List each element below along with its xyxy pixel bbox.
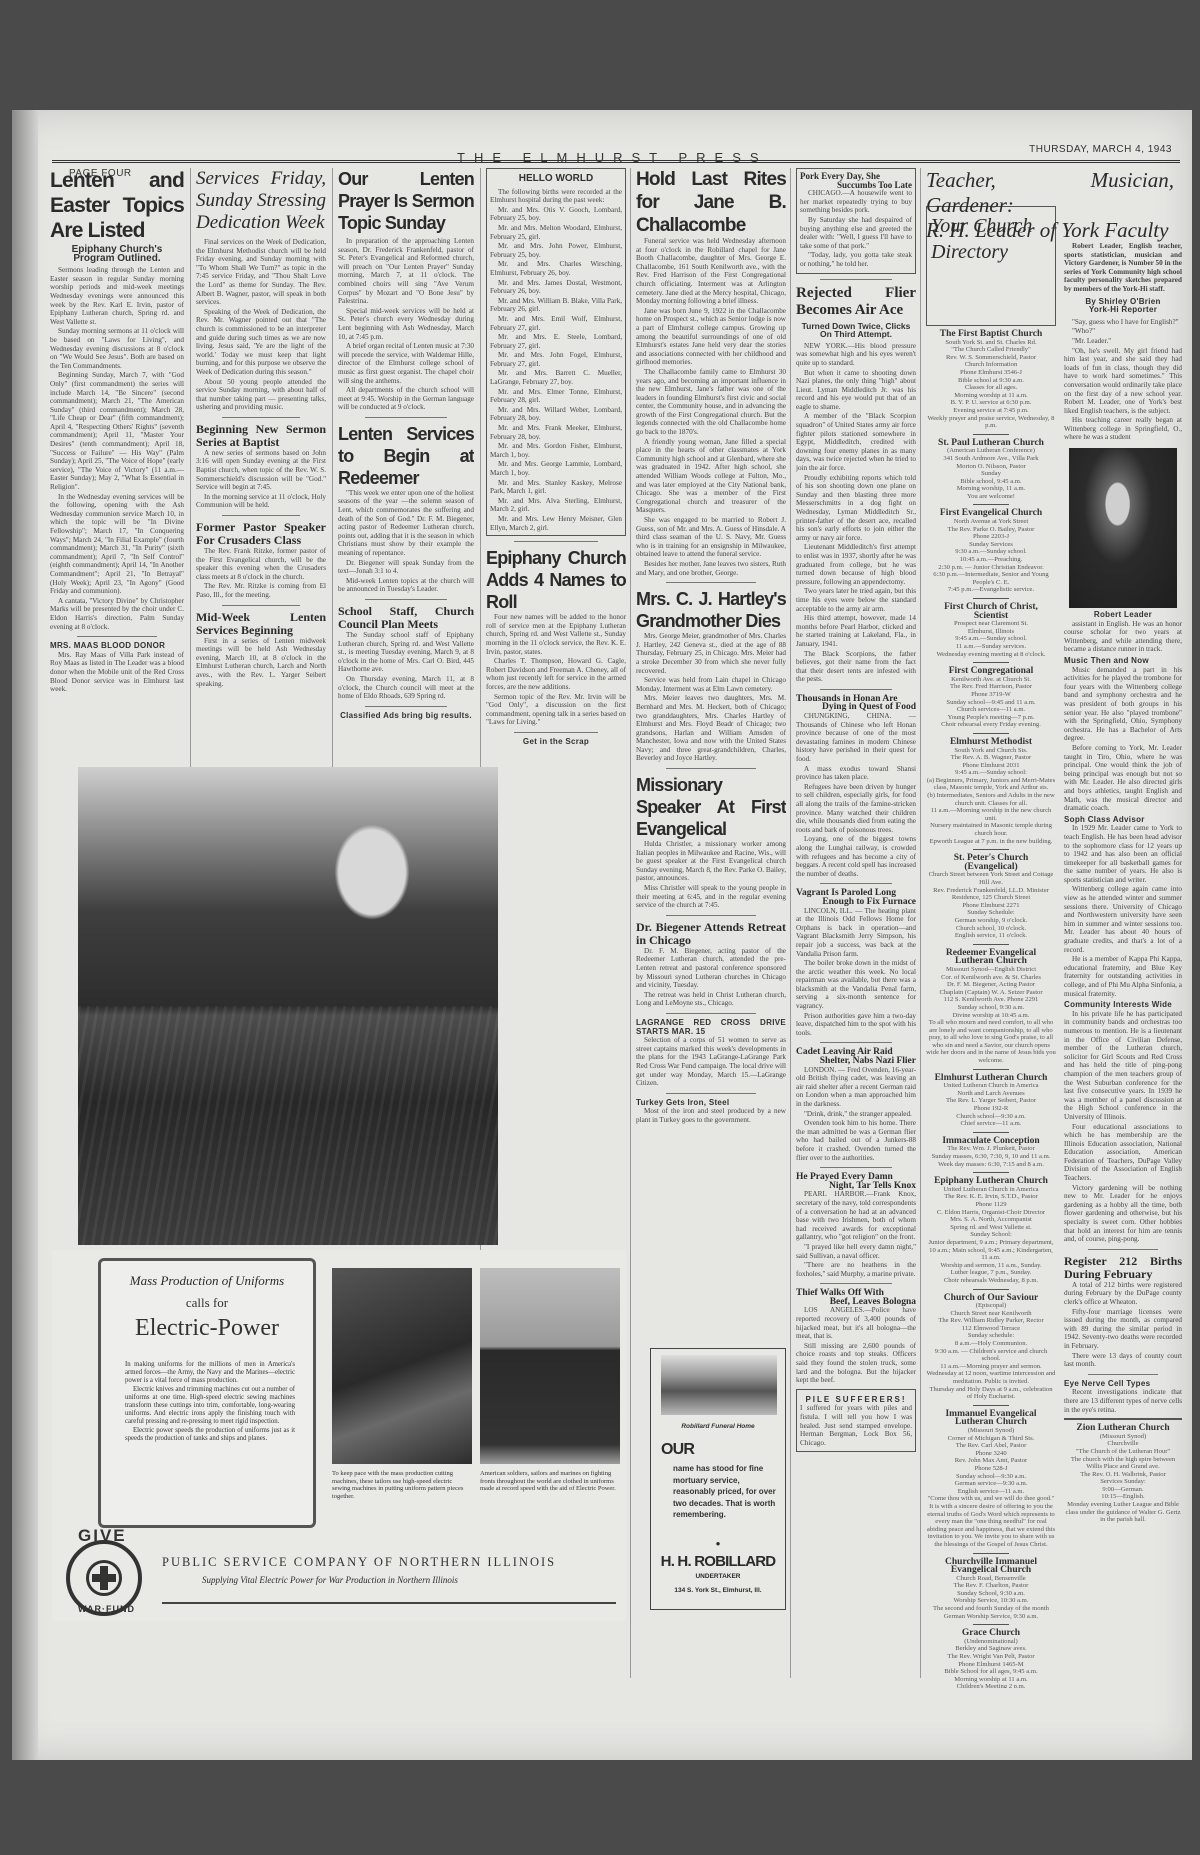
church-list: The First Baptist ChurchSouth York St. a… bbox=[926, 330, 1056, 1688]
headline-cadet-line2: Shelter, Nabs Nazi Flier bbox=[796, 1057, 916, 1066]
church-detail-line: Services Sunday: bbox=[1064, 1478, 1182, 1486]
headline-thief-line2: Beef, Leaves Bologna bbox=[796, 1298, 916, 1307]
church-detail-line: Morning worship at 11 a.m. bbox=[926, 1676, 1056, 1684]
church-detail-line: Phone Elmhurst 3546-J bbox=[926, 369, 1056, 377]
church-detail-line: The second and fourth Sunday of the mont… bbox=[926, 1605, 1056, 1620]
church-detail-line: Phone Elmhurst 2271 bbox=[926, 902, 1056, 910]
column-lenten-prayer: Our Lenten Prayer Is Sermon Topic Sunday… bbox=[338, 168, 474, 720]
soldiers-sailors-photo bbox=[480, 1268, 620, 1464]
church-detail-line: The Rev. A. B. Wagner, Pastor bbox=[926, 754, 1056, 762]
article-paragraph: Four new names will be added to the hono… bbox=[486, 613, 626, 656]
church-detail-line: Divine worship at 10:45 a.m. bbox=[926, 1012, 1056, 1020]
soldiers-photo-caption: American soldiers, sailors and marines o… bbox=[480, 1470, 620, 1493]
column-divider bbox=[920, 168, 921, 1678]
column-divider bbox=[630, 168, 631, 1678]
article-paragraph: "Today, lady, you gotta take steak or no… bbox=[800, 251, 912, 268]
parade-photo bbox=[78, 767, 498, 1245]
article-paragraph: Wittenberg college again came into view … bbox=[1064, 885, 1182, 954]
church-name: The First Baptist Church bbox=[926, 330, 1056, 339]
headline-hartley-grandmother: Mrs. C. J. Hartley's Grandmother Dies bbox=[636, 588, 786, 632]
church-name: Immaculate Conception bbox=[926, 1137, 1056, 1146]
church-detail-line: Week day masses: 6:30, 7:15 and 8 a.m. bbox=[926, 1161, 1056, 1169]
church-detail-line: "The Church of the Lutheran Hour" bbox=[1064, 1448, 1182, 1456]
birth-entry: Mr. and Mrs. Emil Wolf, Elmhurst, Februa… bbox=[490, 315, 622, 332]
separator bbox=[973, 1624, 1009, 1625]
headline-rejected-flier: Rejected Flier Becomes Air Ace bbox=[796, 285, 916, 319]
subhead-turned-down-twice: Turned Down Twice, Clicks On Third Attem… bbox=[796, 322, 916, 339]
separator bbox=[973, 944, 1009, 945]
bullet-dot: ● bbox=[651, 1539, 785, 1548]
separator bbox=[222, 515, 300, 516]
birth-entry: Mr. and Mrs. Alva Sterling, Elmhurst, Ma… bbox=[490, 497, 622, 514]
newspaper-page: PAGE FOUR THE ELMHURST PRESS THURSDAY, M… bbox=[12, 110, 1192, 1760]
headline-mid-week-lenten: Mid-Week Lenten Services Beginning bbox=[196, 611, 326, 637]
church-detail-line: Kenilworth Ave. at Church St. bbox=[926, 676, 1056, 684]
article-paragraph: LONDON. — Fred Ovenden, 16-year-old Brit… bbox=[796, 1066, 916, 1109]
ad-tagline: Supplying Vital Electric Power for War P… bbox=[202, 1575, 458, 1585]
church-detail-line: 11 a.m.—Morning worship in the new churc… bbox=[926, 807, 1056, 822]
church-detail-line: Chief service—11 a.m. bbox=[926, 1120, 1056, 1128]
church-detail-line: Church Street near Kenilworth bbox=[926, 1310, 1056, 1318]
column-divider bbox=[332, 168, 333, 778]
separator bbox=[973, 1405, 1009, 1406]
article-paragraph: Mrs. Meier leaves two daughters, Mrs. M.… bbox=[636, 694, 786, 763]
church-name: Elmhurst Methodist bbox=[926, 738, 1056, 747]
headline-turkey-iron-steel: Turkey Gets Iron, Steel bbox=[636, 1099, 786, 1108]
church-detail-line: 11 a.m.—Morning prayer and sermon. bbox=[926, 1363, 1056, 1371]
article-paragraph: There were 13 days of county court last … bbox=[1064, 1352, 1182, 1369]
church-name: First Church of Christ, Scientist bbox=[926, 603, 1056, 620]
article-paragraph: "Who?" bbox=[1064, 327, 1182, 336]
article-paragraph: "Oh, he's swell. My girl friend had him … bbox=[1064, 347, 1182, 416]
robillard-big-word: OUR bbox=[661, 1441, 694, 1459]
church-detail-line: Church services—11 a.m. bbox=[926, 706, 1056, 714]
column-leader-body: Robert Leader, English teacher, sports s… bbox=[1064, 242, 1182, 1524]
separator bbox=[820, 279, 892, 280]
article-paragraph: On Thursday evening, March 11, at 8 o'cl… bbox=[338, 675, 474, 701]
church-detail-line: South York and Church Sts. bbox=[926, 747, 1056, 755]
article-paragraph: Two years later he tried again, but this… bbox=[796, 587, 916, 613]
church-detail-line: North and Larch Avenues bbox=[926, 1090, 1056, 1098]
separator bbox=[666, 582, 756, 583]
church-detail-line: United Lutheran Church in America bbox=[926, 1186, 1056, 1194]
church-detail-line: Sunday bbox=[926, 470, 1056, 478]
separator bbox=[973, 662, 1009, 663]
ad-company-name: PUBLIC SERVICE COMPANY OF NORTHERN ILLIN… bbox=[162, 1555, 556, 1570]
headline-vagrant-line2: Enough to Fix Furnace bbox=[796, 898, 916, 907]
church-name: St. Peter's Church (Evangelical) bbox=[926, 854, 1056, 871]
births-box: HELLO WORLD The following births were re… bbox=[486, 168, 626, 536]
church-name: Churchville Immanuel Evangelical Church bbox=[926, 1558, 1056, 1575]
church-detail-line: Choir rehearsal every Friday evening. bbox=[926, 721, 1056, 729]
birth-entry: Mr. and Mrs. John Power, Elmhurst, Febru… bbox=[490, 242, 622, 259]
robillard-text: name has stood for fine mortuary service… bbox=[673, 1463, 777, 1521]
headline-services-friday: Services Friday, Sunday Stressing Dedica… bbox=[196, 168, 326, 234]
birth-entry: Mr. and Mrs. Elmer Tonne, Elmhurst, Febr… bbox=[490, 388, 622, 405]
article-paragraph: The Rev. Frank Ritzke, former pastor of … bbox=[196, 547, 326, 581]
article-paragraph: PEARL HARBOR.—Frank Knox, secretary of t… bbox=[796, 1190, 916, 1242]
headline-prayed-line2: Night, Tar Tells Knox bbox=[796, 1182, 916, 1191]
church-detail-line: 341 South Ardmore Ave., Villa Park bbox=[926, 455, 1056, 463]
article-paragraph: Before coming to York, Mr. Leader taught… bbox=[1064, 744, 1182, 813]
church-detail-line: Prospect near Claremont St. bbox=[926, 620, 1056, 628]
church-detail-line: Classes for all ages. bbox=[926, 384, 1056, 392]
article-paragraph: In 1929 Mr. Leader came to York to teach… bbox=[1064, 824, 1182, 884]
church-detail-line: The Rev. O. H. Walbrink, Pastor bbox=[1064, 1471, 1182, 1479]
headline-challacombe-rites: Hold Last Rites for Jane B. Challacombe bbox=[636, 168, 786, 237]
article-paragraph: About 50 young people attended the servi… bbox=[196, 378, 326, 412]
article-paragraph: Speaking of the Week of Dedication, the … bbox=[196, 308, 326, 377]
headline-leader-line1: Teacher, Musician, Gardener: bbox=[926, 168, 1174, 218]
church-detail-line: Sunday School, 9:30 a.m. bbox=[926, 1590, 1056, 1598]
article-paragraph: Mrs. Ray Maas of Villa Park instead of R… bbox=[50, 651, 184, 694]
church-detail-line: (Missouri Synod) bbox=[1064, 1433, 1182, 1441]
article-paragraph: Fifty-four marriage licenses were issued… bbox=[1064, 1308, 1182, 1351]
separator bbox=[666, 1013, 756, 1014]
birth-entry: Mr. and Mrs. William B. Blake, Villa Par… bbox=[490, 297, 622, 314]
church-detail-line: 6:30 p.m.—Intermediate, Senior and Young… bbox=[926, 571, 1056, 586]
church-detail-line: 2:30 p.m. — Junior Christian Endeavor. bbox=[926, 564, 1056, 572]
subhead-community: Community Interests Wide bbox=[1064, 1001, 1182, 1010]
birth-entry: Mr. and Mrs. Lew Henry Meisner, Glen Ell… bbox=[490, 515, 622, 532]
separator bbox=[973, 733, 1009, 734]
church-name: First Evangelical Church bbox=[926, 509, 1056, 518]
birth-entry: Mr. and Mrs. Melton Woodard, Elmhurst, F… bbox=[490, 224, 622, 241]
church-detail-line: Sunday schedule: bbox=[926, 1332, 1056, 1340]
church-detail-line: "Come thou with us, and we will do thee … bbox=[926, 1495, 1056, 1548]
church-detail-line: (American Lutheran Conference) bbox=[926, 447, 1056, 455]
robert-leader-photo bbox=[1069, 448, 1177, 608]
article-paragraph: Hulda Christler, a missionary worker amo… bbox=[636, 840, 786, 883]
article-paragraph: Mid-week Lenten topics at the church wil… bbox=[338, 577, 474, 594]
separator bbox=[973, 1553, 1009, 1554]
church-detail-line: (a) Beginners, Primary, Juniors and Merr… bbox=[926, 777, 1056, 792]
article-paragraph: A new series of sermons based on John 3:… bbox=[196, 449, 326, 492]
church-detail-line: Sunday Services bbox=[926, 541, 1056, 549]
birth-entry: Mr. and Mrs. Charles Wirsching, Elmhurst… bbox=[490, 260, 622, 277]
column-leader-profile: Teacher, Musician, Gardener: R. H. Leade… bbox=[926, 168, 1174, 243]
church-detail-line: Wednesday at 12 noon, wartime intercessi… bbox=[926, 1370, 1056, 1385]
article-paragraph: The Challacombe family came to Elmhurst … bbox=[636, 368, 786, 437]
birth-entry: Mr. and Mrs. Gordon Fisher, Elmhurst, Ma… bbox=[490, 442, 622, 459]
headline-lenten-redeemer: Lenten Services to Begin at Redeemer bbox=[338, 423, 474, 489]
church-detail-line: (Episcopal) bbox=[926, 1302, 1056, 1310]
separator bbox=[820, 883, 892, 884]
article-paragraph: "Drink, drink," the stranger appealed. bbox=[796, 1110, 916, 1119]
article-paragraph: Proudly exhibiting reports which told of… bbox=[796, 474, 916, 543]
column-lenten-easter: Lenten and Easter Topics Are Listed Epip… bbox=[50, 168, 184, 695]
separator bbox=[365, 706, 447, 707]
church-detail-line: Phone 3719-W bbox=[926, 691, 1056, 699]
article-paragraph: CHUNGKING, CHINA. — Thousands of Chinese… bbox=[796, 712, 916, 764]
birth-entry: Mr. and Mrs. Otis V. Gooch, Lombard, Feb… bbox=[490, 206, 622, 223]
article-paragraph: "Mr. Leader." bbox=[1064, 337, 1182, 346]
birth-entry: Mr. and Mrs. John Fogel, Elmhurst, Febru… bbox=[490, 351, 622, 368]
church-detail-line: The Rev. L. Yarger Seibert, Pastor bbox=[926, 1097, 1056, 1105]
article-paragraph: The Rev. Mr. Ritzke is coming from El Pa… bbox=[196, 582, 326, 599]
classified-pile-sufferers: PILE SUFFERERS! I suffered for years wit… bbox=[796, 1389, 916, 1453]
article-paragraph: He is a member of Kappa Phi Kappa, educa… bbox=[1064, 955, 1182, 998]
church-detail-line: Corner of Michigan & Third Sts. bbox=[926, 1435, 1056, 1443]
church-directory: Your Church Directory The First Baptist … bbox=[926, 168, 1056, 1688]
church-detail-line: The Rev. William Ridley Parker, Rector bbox=[926, 1317, 1056, 1325]
separator bbox=[365, 599, 447, 600]
ad-paragraph: In making uniforms for the millions of m… bbox=[125, 1361, 295, 1386]
church-detail-line: Thursday and Holy Days at 9 a.m., celebr… bbox=[926, 1386, 1056, 1401]
headline-lenten-prayer: Our Lenten Prayer Is Sermon Topic Sunday bbox=[338, 168, 474, 234]
separator bbox=[820, 1283, 892, 1284]
church-detail-line: Nursery maintained in Masonic temple dur… bbox=[926, 822, 1056, 837]
church-detail-line: Elmhurst, Illinois bbox=[926, 628, 1056, 636]
article-paragraph: In his private life he has participated … bbox=[1064, 1010, 1182, 1122]
church-detail-line: The Rev. Wm. J. Plunkett, Pastor bbox=[926, 1145, 1056, 1153]
church-detail-line: Missouri Synod—English District bbox=[926, 966, 1056, 974]
article-paragraph: Refugees have been driven by hunger to s… bbox=[796, 783, 916, 835]
headline-epiphany-adds-names: Epiphany Church Adds 4 Names to Roll bbox=[486, 547, 626, 613]
church-detail-line: Sunday Schedule: bbox=[926, 909, 1056, 917]
masthead-rule bbox=[52, 160, 1180, 163]
headline-maas-blood-donor: MRS. MAAS BLOOD DONOR bbox=[50, 642, 184, 651]
funeral-home-drawing bbox=[661, 1355, 777, 1415]
ad-paragraph: Electric power speeds the production of … bbox=[125, 1427, 295, 1443]
column-divider bbox=[790, 168, 791, 1678]
article-paragraph: "Say, guess who I have for English?" bbox=[1064, 318, 1182, 327]
article-paragraph: Prison authorities gave him a two-day le… bbox=[796, 1012, 916, 1038]
church-detail-line: Berkley and Saginaw aves. bbox=[926, 1645, 1056, 1653]
headline-school-staff: School Staff, Church Council Plan Meets bbox=[338, 605, 474, 631]
headline-lenten-easter: Lenten and Easter Topics Are Listed bbox=[50, 168, 184, 243]
byline-title: York-Hi Reporter bbox=[1064, 306, 1182, 315]
church-detail-line: Sunday school—9:45 and 11 a.m. bbox=[926, 699, 1056, 707]
church-detail-line: The Rev. K. E. Irvin, S.T.D., Pastor bbox=[926, 1193, 1056, 1201]
church-detail-line: (Missouri Synod) bbox=[926, 1427, 1056, 1435]
church-detail-line: (b) Intermediates, Seniors and Adults in… bbox=[926, 792, 1056, 807]
headline-honan-line2: Dying in Quest of Food bbox=[796, 703, 916, 712]
article-paragraph: Miss Christler will speak to the young p… bbox=[636, 884, 786, 910]
separator bbox=[973, 504, 1009, 505]
headline-lagrange-red-cross: LAGRANGE RED CROSS DRIVE STARTS MAR. 15 bbox=[636, 1019, 786, 1036]
article-paragraph: Special mid-week services will be held a… bbox=[338, 307, 474, 341]
church-detail-line: Junior department, 9 a.m.; Primary depar… bbox=[926, 1239, 1056, 1262]
church-detail-line: 8 a.m.—Holy Communion. bbox=[926, 1340, 1056, 1348]
article-paragraph: Beginning Sunday, March 7, with "God Onl… bbox=[50, 371, 184, 491]
article-paragraph: Sermon topic of the Rev. Mr. Irvin will … bbox=[486, 693, 626, 727]
church-detail-line: The Rev. Fred Harrison, Pastor bbox=[926, 683, 1056, 691]
article-paragraph: "This week we enter upon one of the holi… bbox=[338, 489, 474, 558]
article-paragraph: "There are no heathens in the foxholes,"… bbox=[796, 1261, 916, 1278]
church-detail-line: Rev. John Max Amt, Pastor bbox=[926, 1457, 1056, 1465]
robillard-name: H. H. ROBILLARD bbox=[651, 1553, 785, 1570]
article-paragraph: Selection of a corps of 51 women to serv… bbox=[636, 1036, 786, 1088]
church-detail-line: Sunday school—9:30 a.m. bbox=[926, 1473, 1056, 1481]
church-detail-line: Phone 1129 bbox=[926, 1201, 1056, 1209]
separator bbox=[222, 605, 300, 606]
separator bbox=[973, 1172, 1009, 1173]
separator bbox=[973, 598, 1009, 599]
article-paragraph: All departments of the church school wil… bbox=[338, 386, 474, 412]
column-news-briefs: Pork Every Day, She Succumbs Too Late CH… bbox=[796, 168, 916, 1452]
separator bbox=[973, 1132, 1009, 1133]
article-paragraph: Besides her mother, Jane leaves two sist… bbox=[636, 560, 786, 577]
tailors-sewing-photo bbox=[332, 1268, 472, 1464]
article-paragraph: Sermons leading through the Lenten and E… bbox=[50, 266, 184, 326]
red-cross-war-fund-seal: GIVE WAR·FUND bbox=[66, 1540, 142, 1616]
church-detail-line: Phone 528-J bbox=[926, 1465, 1056, 1473]
article-paragraph: By Saturday she had despaired of buying … bbox=[800, 216, 912, 250]
separator bbox=[222, 417, 300, 418]
article-paragraph: Four educational associations to which h… bbox=[1064, 1123, 1182, 1183]
church-name: Church of Our Saviour bbox=[926, 1294, 1056, 1303]
church-detail-line: Residence, 125 Church Street bbox=[926, 894, 1056, 902]
church-detail-line: Church Street between York Street and Co… bbox=[926, 871, 1056, 886]
filler-get-in-scrap: Get in the Scrap bbox=[486, 738, 626, 747]
church-detail-line: Young People's meeting—7 p.m. bbox=[926, 714, 1056, 722]
birth-entry: Mr. and Mrs. George Lammie, Lombard, Mar… bbox=[490, 460, 622, 477]
church-detail-line: Phone 3240 bbox=[926, 1450, 1056, 1458]
separator bbox=[365, 417, 447, 418]
photo-caption: Robert Leader bbox=[1064, 611, 1182, 620]
article-paragraph: A total of 212 births were registered du… bbox=[1064, 1281, 1182, 1307]
church-detail-line: Phone 192-R bbox=[926, 1105, 1056, 1113]
subhead-epiphany-program: Epiphany Church's Program Outlined. bbox=[50, 246, 184, 263]
article-paragraph: Most of the iron and steel produced by a… bbox=[636, 1107, 786, 1124]
church-detail-line: Children's Meeting 2 p.m. bbox=[926, 1683, 1056, 1688]
birth-entry: Mr. and Mrs. E. Steele, Lombard, Februar… bbox=[490, 333, 622, 350]
article-paragraph: In the morning service at 11 o'clock, Ho… bbox=[196, 493, 326, 510]
column-divider bbox=[190, 168, 191, 778]
electric-power-ad: Mass Production of Uniforms calls for El… bbox=[52, 1250, 626, 1620]
church-detail-line: The Rev. F. Charlton, Pastor bbox=[926, 1582, 1056, 1590]
article-paragraph: NEW YORK.—His blood pressure was somewha… bbox=[796, 342, 916, 368]
church-detail-line: Chaplain (Captain) W. A. Setzer Pastor bbox=[926, 989, 1056, 997]
church-detail-line: Spring rd. and West Vallette st. bbox=[926, 1224, 1056, 1232]
subhead-soph-class: Soph Class Advisor bbox=[1064, 816, 1182, 825]
church-detail-line: 112 Elmwood Terrace bbox=[926, 1325, 1056, 1333]
issue-date: THURSDAY, MARCH 4, 1943 bbox=[1029, 144, 1172, 155]
church-name: Redeemer Evangelical Lutheran Church bbox=[926, 949, 1056, 966]
ad-calls-for: calls for bbox=[101, 1295, 313, 1311]
classified-title: PILE SUFFERERS! bbox=[800, 1396, 912, 1405]
article-paragraph: Service was held from Lain chapel in Chi… bbox=[636, 676, 786, 693]
separator bbox=[514, 541, 598, 542]
article-paragraph: A cantata, "Victory Divine" by Christoph… bbox=[50, 597, 184, 631]
church-name: Elmhurst Lutheran Church bbox=[926, 1074, 1056, 1083]
church-detail-line: Wednesday evening meeting at 8 o'clock. bbox=[926, 651, 1056, 659]
ad-text-frame: Mass Production of Uniforms calls for El… bbox=[98, 1258, 316, 1528]
tailors-photo-caption: To keep pace with the mass production cu… bbox=[332, 1470, 472, 1500]
church-detail-line: Bible school at 9:30 a.m. bbox=[926, 377, 1056, 385]
church-name: Grace Church bbox=[926, 1629, 1056, 1638]
church-detail-line: Churchville bbox=[1064, 1440, 1182, 1448]
church-detail-line: 9:30 a.m. — Children's service and churc… bbox=[926, 1348, 1056, 1363]
church-detail-line: Church Road, Bensenville bbox=[926, 1575, 1056, 1583]
church-detail-line: Rev. Frederick Frankenfeld, LL.D. Minist… bbox=[926, 887, 1056, 895]
article-paragraph: Recent investigations indicate that ther… bbox=[1064, 1388, 1182, 1414]
separator bbox=[514, 732, 598, 733]
church-detail-line: English service—11 a.m. bbox=[926, 1488, 1056, 1496]
robillard-funeral-ad: Robillard Funeral Home OUR name has stoo… bbox=[650, 1348, 786, 1610]
church-detail-line: United Lutheran Church in America bbox=[926, 1082, 1056, 1090]
church-detail-line: Sunday school, 9:30 a.m. bbox=[926, 1004, 1056, 1012]
separator bbox=[666, 1093, 756, 1094]
birth-entry: Mr. and Mrs. Barrett C. Mueller, LaGrang… bbox=[490, 369, 622, 386]
church-detail-line: The church with the high spire between W… bbox=[1064, 1456, 1182, 1471]
church-detail-line: "The Church Called Friendly" bbox=[926, 346, 1056, 354]
article-paragraph: The retreat was held in Christ Lutheran … bbox=[636, 991, 786, 1008]
pork-every-day-box: Pork Every Day, She Succumbs Too Late CH… bbox=[796, 168, 916, 274]
article-paragraph: Music demanded a part in his activities … bbox=[1064, 666, 1182, 743]
seal-top-text: GIVE bbox=[78, 1526, 127, 1546]
church-detail-line: 112 S. Kenilworth Ave. Phone 2291 bbox=[926, 996, 1056, 1004]
separator bbox=[973, 1289, 1009, 1290]
births-box-title: HELLO WORLD bbox=[490, 175, 622, 184]
zion-church-details: (Missouri Synod)Churchville"The Church o… bbox=[1064, 1433, 1182, 1524]
article-paragraph: LOS ANGELES.—Police have reported recove… bbox=[796, 1306, 916, 1340]
headline-former-pastor: Former Pastor Speaker For Crusaders Clas… bbox=[196, 521, 326, 547]
article-paragraph: LINCOLN, ILL. — The heating plant at the… bbox=[796, 907, 916, 959]
subhead-music: Music Then and Now bbox=[1064, 657, 1182, 666]
church-detail-line: 9:45 a.m.—Sunday school: bbox=[926, 769, 1056, 777]
article-paragraph: The Black Scorpions, the father believes… bbox=[796, 650, 916, 684]
article-paragraph: Dr. Biegener will speak Sunday from the … bbox=[338, 559, 474, 576]
leader-intro: Robert Leader, English teacher, sports s… bbox=[1064, 242, 1182, 294]
seal-bottom-text: WAR·FUND bbox=[78, 1604, 135, 1614]
church-detail-line: Morton O. Nilsson, Pastor bbox=[926, 463, 1056, 471]
article-paragraph: In preparation of the approaching Lenten… bbox=[338, 237, 474, 306]
ad-kicker: Mass Production of Uniforms bbox=[101, 1273, 313, 1289]
page-binding-edge bbox=[12, 110, 38, 1760]
church-detail-line: 9:30 a.m.—Sunday school. bbox=[926, 548, 1056, 556]
ad-paragraph: Electric knives and trimming machines cu… bbox=[125, 1386, 295, 1427]
article-paragraph: A friendly young woman, Jane filled a sp… bbox=[636, 438, 786, 515]
article-paragraph: Ovenden took him to his home. There the … bbox=[796, 1119, 916, 1162]
church-name: Epiphany Lutheran Church bbox=[926, 1177, 1056, 1186]
church-name: First Congregational bbox=[926, 667, 1056, 676]
church-detail-line: English service, 11 o'clock. bbox=[926, 932, 1056, 940]
church-detail-line: 9:45 a.m.—Sunday school. bbox=[926, 635, 1056, 643]
headline-leader-line2: R. H. Leader of York Faculty bbox=[926, 218, 1174, 243]
separator bbox=[973, 434, 1009, 435]
church-detail-line: Bible School for all ages, 9:45 a.m. bbox=[926, 1668, 1056, 1676]
article-paragraph: The boiler broke down in the midst of th… bbox=[796, 959, 916, 1011]
separator bbox=[973, 1069, 1009, 1070]
headline-register-births: Register 212 Births During February bbox=[1064, 1255, 1182, 1281]
robillard-title: UNDERTAKER bbox=[651, 1573, 785, 1580]
headline-new-sermon-series: Beginning New Sermon Series at Baptist bbox=[196, 423, 326, 449]
column-hello-world: HELLO WORLD The following births were re… bbox=[486, 168, 626, 746]
separator bbox=[973, 849, 1009, 850]
article-paragraph: Victory gardening will be nothing new to… bbox=[1064, 1184, 1182, 1244]
article-paragraph: Jane was born June 9, 1922 in the Challa… bbox=[636, 307, 786, 367]
classified-text: I suffered for years with piles and fist… bbox=[800, 1404, 912, 1447]
article-paragraph: The Sunday school staff of Epiphany Luth… bbox=[338, 631, 474, 674]
church-detail-line: Worship and sermon, 11 a.m., Sunday. bbox=[926, 1262, 1056, 1270]
church-detail-line: Phone 2203-J bbox=[926, 533, 1056, 541]
separator bbox=[666, 768, 756, 769]
church-detail-line: German service—9:30 a.m. bbox=[926, 1480, 1056, 1488]
church-detail-line: To all who mourn and need comfort, to al… bbox=[926, 1019, 1056, 1065]
article-paragraph: Dr. F. M. Biegener, acting pastor of the… bbox=[636, 947, 786, 990]
article-paragraph: assistant in English. He was an honor co… bbox=[1064, 620, 1182, 654]
article-paragraph: His teaching career really began at Witt… bbox=[1064, 416, 1182, 442]
separator bbox=[820, 1167, 892, 1168]
article-paragraph: Final services on the Week of Dedication… bbox=[196, 238, 326, 307]
column-challacombe-rites: Hold Last Rites for Jane B. Challacombe … bbox=[636, 168, 786, 1126]
article-paragraph: Charles T. Thompson, Howard G. Cagle, Ro… bbox=[486, 657, 626, 691]
church-name: St. Paul Lutheran Church bbox=[926, 439, 1056, 448]
separator bbox=[820, 689, 892, 690]
church-detail-line: Weekly prayer and praise service, Wednes… bbox=[926, 415, 1056, 430]
